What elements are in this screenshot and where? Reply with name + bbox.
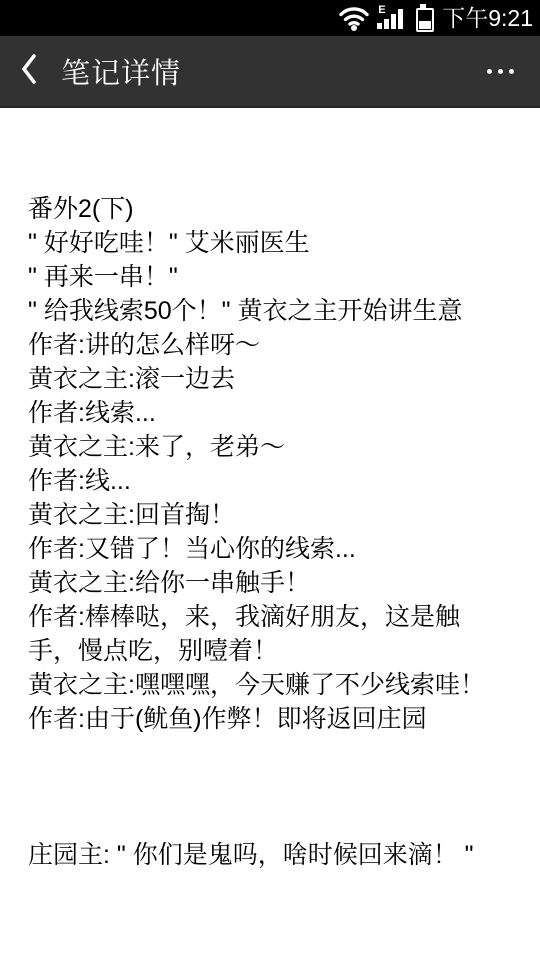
back-button[interactable] bbox=[20, 54, 42, 88]
note-body: 番外2(下) " 好好吃哇！" 艾米丽医生 " 再来一串！" " 给我线索50个… bbox=[0, 108, 540, 872]
status-time: 下午9:21 bbox=[442, 0, 533, 36]
battery-icon bbox=[416, 8, 434, 32]
screen: E 下午9:21 笔记详情 番外2(下) " 好好吃哇！" 艾米丽医生 bbox=[0, 0, 540, 960]
note-text: 番外2(下) " 好好吃哇！" 艾米丽医生 " 再来一串！" " 给我线索50个… bbox=[28, 192, 512, 872]
header: 笔记详情 bbox=[0, 36, 540, 108]
wifi-icon bbox=[338, 5, 370, 32]
status-bar: E 下午9:21 bbox=[0, 0, 540, 36]
ellipsis-icon bbox=[487, 69, 514, 74]
page-title: 笔记详情 bbox=[61, 51, 181, 92]
more-menu-button[interactable] bbox=[487, 54, 514, 88]
signal-bars-icon bbox=[377, 9, 403, 29]
battery-fill bbox=[419, 21, 431, 29]
cell-signal-icon: E bbox=[377, 4, 409, 32]
chevron-left-icon bbox=[20, 53, 38, 90]
